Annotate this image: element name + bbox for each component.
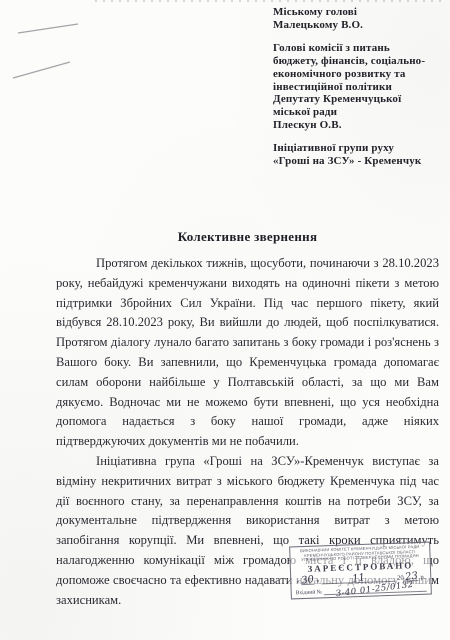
addressee-line: бюджету, фінансів, соціально- <box>273 55 445 68</box>
addressee-line: Малецькому В.О. <box>273 19 445 32</box>
quote-close: » <box>316 578 319 585</box>
sender-line: Ініціативної групи руху <box>273 142 445 155</box>
addressee-line: Депутату Кременчуцької <box>273 93 445 106</box>
scan-edge-speckles <box>95 0 445 2</box>
handwritten-day: 30 <box>301 576 315 585</box>
incoming-number-label: Вхідний № <box>296 589 322 596</box>
addressee-line: Голові комісії з питань <box>273 42 445 55</box>
handwritten-month: 11 <box>352 574 366 583</box>
addressee-mayor: Міському голові Малецькому В.О. <box>273 6 445 31</box>
addressee-line: Міському голові <box>273 6 445 19</box>
quote-open: « <box>296 578 299 585</box>
pen-mark-1 <box>18 24 78 33</box>
pen-mark-2 <box>13 62 70 78</box>
sender-line: «Гроші на ЗСУ» - Кременчук <box>273 155 445 168</box>
document-title: Колективне звернення <box>56 229 439 245</box>
registration-stamp: ВИКОНАВЧИЙ КОМІТЕТ КРЕМЕНЧУЦЬКОЇ МІСЬКОЇ… <box>289 542 432 600</box>
addressee-line: міської ради <box>273 106 445 119</box>
paragraph-1: Протягом декількох тижнів, щосуботи, поч… <box>56 254 439 452</box>
incoming-number-blank: З-40 01-25/0132 <box>324 583 427 596</box>
addressee-line: інвестиційної політики <box>273 81 445 94</box>
addressee-line: Плескун О.В. <box>273 119 445 132</box>
year-suffix: р. <box>420 574 425 581</box>
sender-group: Ініціативної групи руху «Гроші на ЗСУ» -… <box>273 142 445 167</box>
scanned-letter-page: Міському голові Малецькому В.О. Голові к… <box>0 0 450 640</box>
date-day-blank: 30 <box>301 576 314 585</box>
addressee-block: Міському голові Малецькому В.О. Голові к… <box>273 6 445 179</box>
addressee-commission: Голові комісії з питань бюджету, фінансі… <box>273 42 445 131</box>
addressee-line: економічного розвитку та <box>273 68 445 81</box>
